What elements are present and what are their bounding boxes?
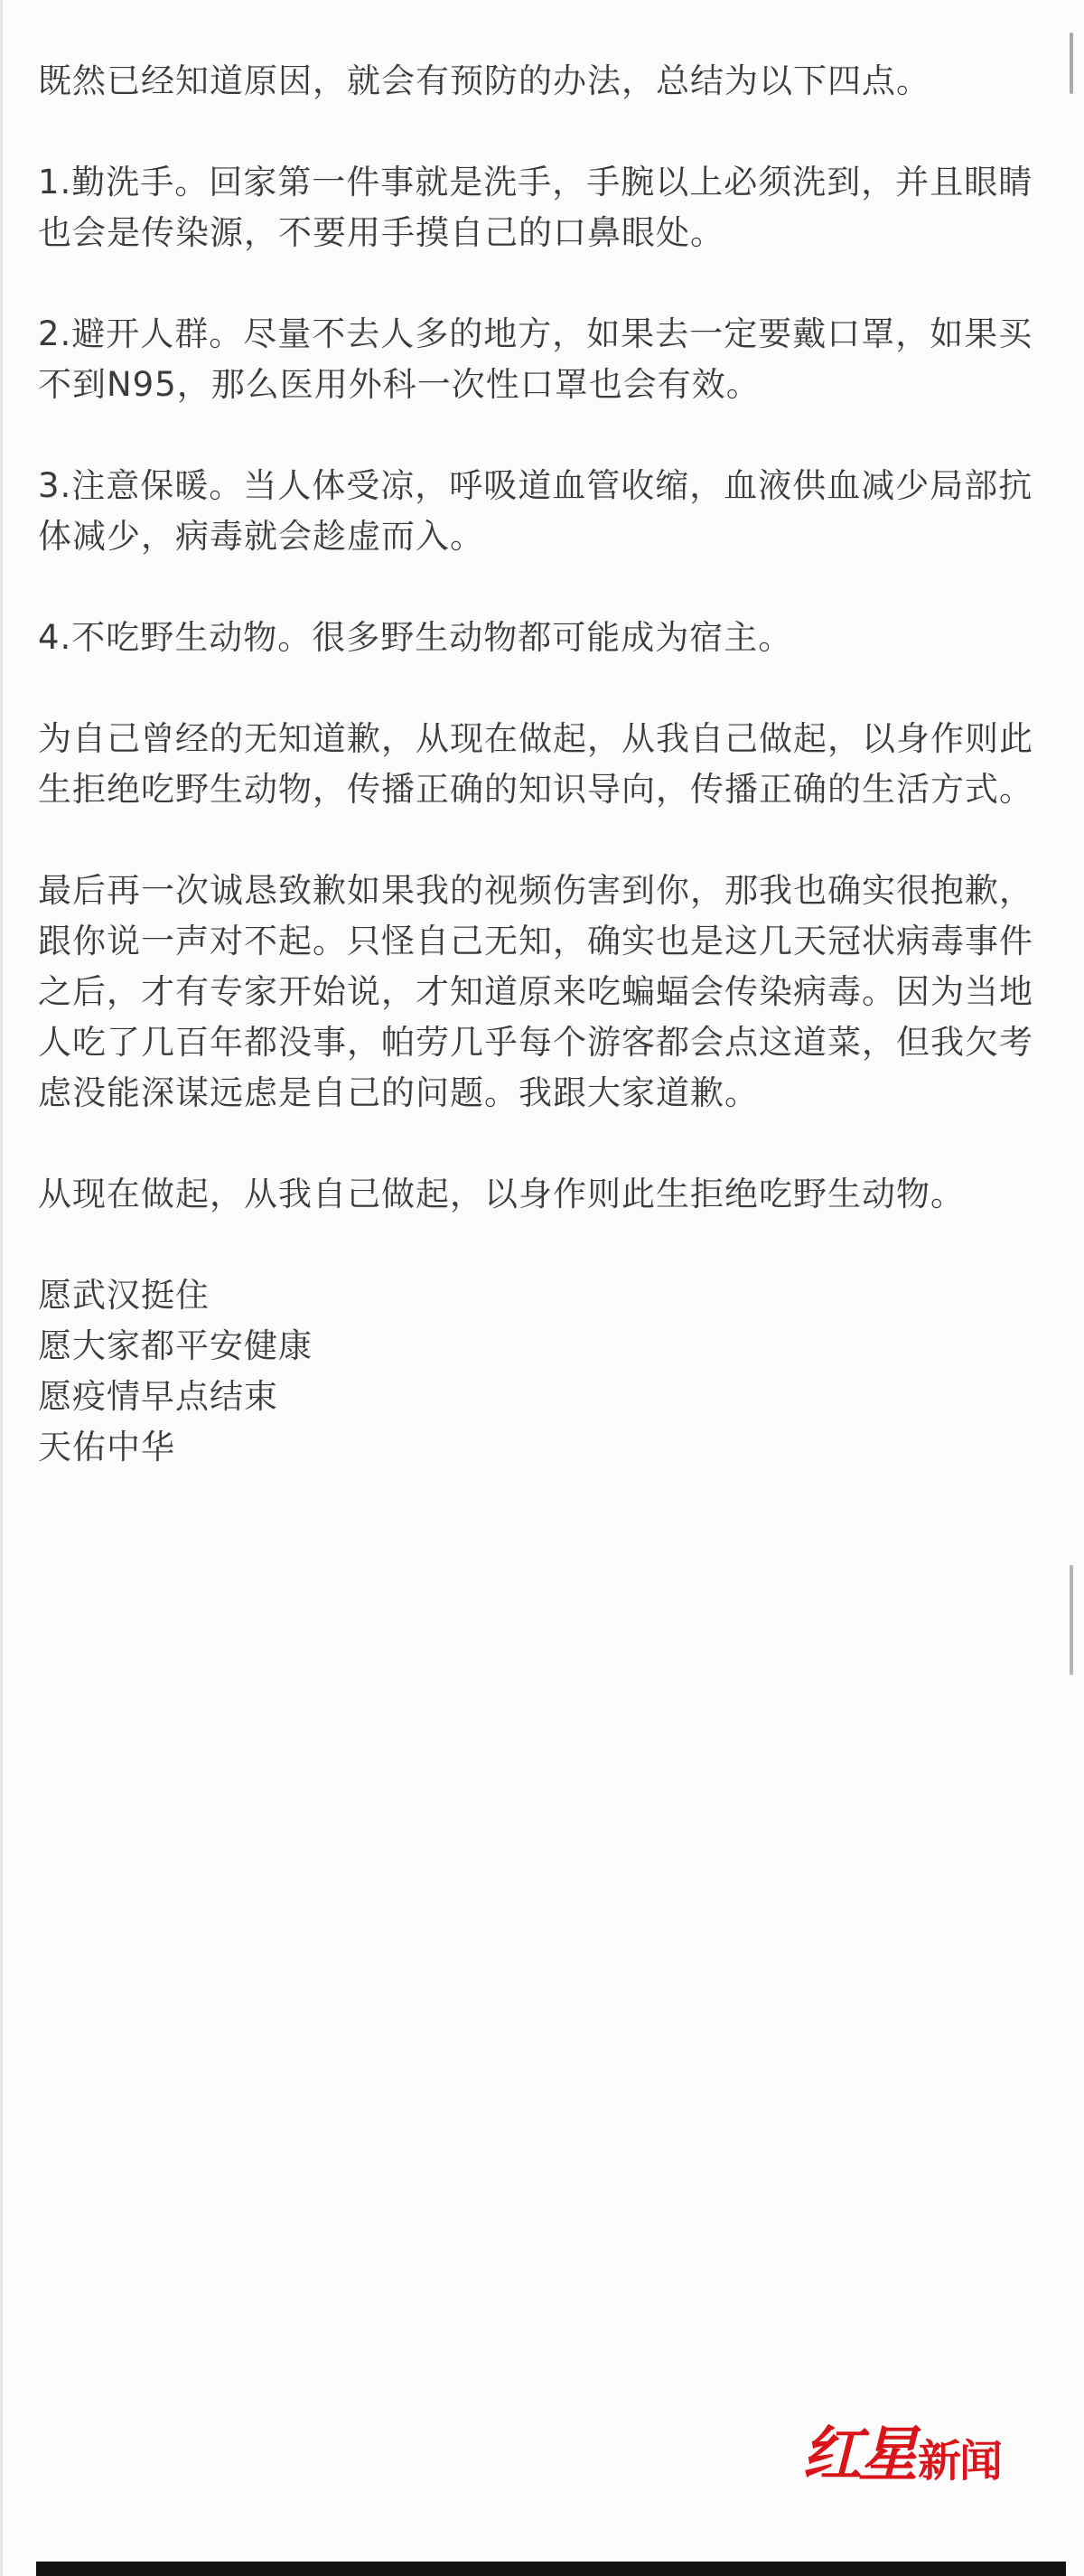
paragraph-apology-1: 为自己曾经的无知道歉，从现在做起，从我自己做起，以身作则此生拒绝吃野生动物，传播… [38,714,1041,815]
left-edge-divider [0,0,3,2576]
red-star-news-watermark: 红星 新闻 [802,2418,1001,2490]
paragraph-tip-2: 2.避开人群。尽量不去人多的地方，如果去一定要戴口罩，如果买不到N95，那么医用… [38,309,1041,410]
bottom-bar [36,2562,1066,2576]
wish-line: 天佑中华 [38,1422,1041,1473]
paragraph-tip-4: 4.不吃野生动物。很多野生动物都可能成为宿主。 [38,613,1041,663]
article-body: 既然已经知道原因，就会有预防的办法，总结为以下四点。 1.勤洗手。回家第一件事就… [38,56,1041,1473]
wish-line: 愿疫情早点结束 [38,1372,1041,1422]
watermark-suffix: 新闻 [918,2432,1001,2490]
paragraph-commitment: 从现在做起，从我自己做起，以身作则此生拒绝吃野生动物。 [38,1169,1041,1220]
watermark-brand: 红星 [802,2418,914,2490]
paragraph-intro: 既然已经知道原因，就会有预防的办法，总结为以下四点。 [38,56,1041,107]
paragraph-apology-2: 最后再一次诚恳致歉如果我的视频伤害到你，那我也确实很抱歉，跟你说一声对不起。只怪… [38,866,1041,1119]
wishes-list: 愿武汉挺住 愿大家都平安健康 愿疫情早点结束 天佑中华 [38,1270,1041,1473]
scrollbar-thumb[interactable] [1070,1565,1073,1675]
wish-line: 愿大家都平安健康 [38,1321,1041,1372]
paragraph-tip-1: 1.勤洗手。回家第一件事就是洗手，手腕以上必须洗到，并且眼睛也会是传染源，不要用… [38,157,1041,258]
paragraph-tip-3: 3.注意保暖。当人体受凉，呼吸道血管收缩，血液供血减少局部抗体减少，病毒就会趁虚… [38,461,1041,562]
scrollbar-thumb-top[interactable] [1070,33,1073,94]
wish-line: 愿武汉挺住 [38,1270,1041,1321]
